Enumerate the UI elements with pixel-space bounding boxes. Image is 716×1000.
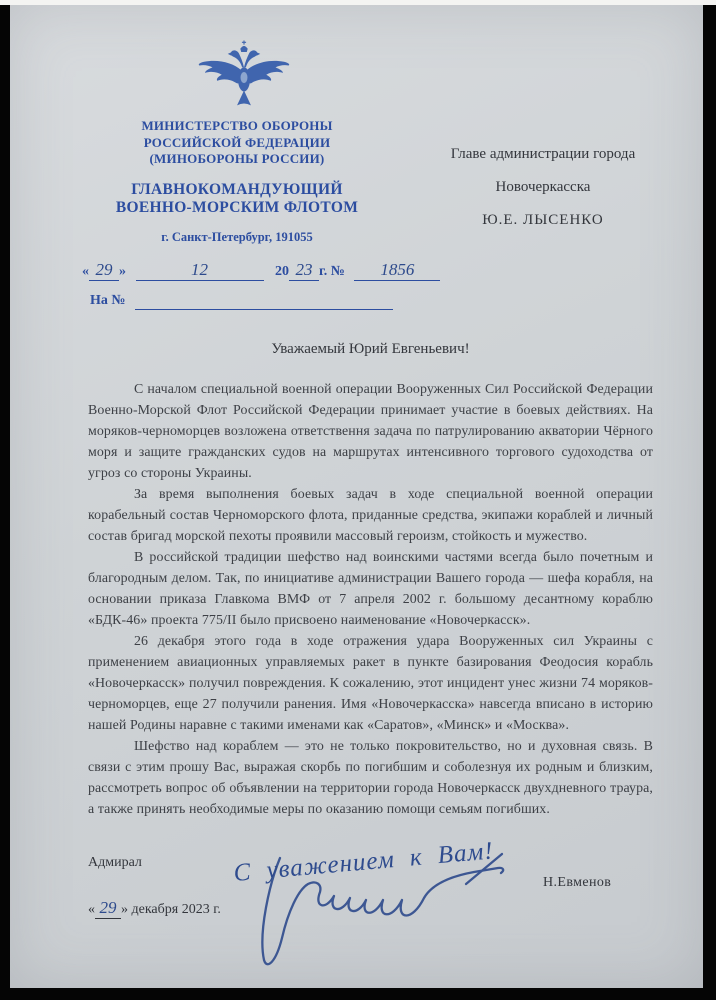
addressee-block: Главе администрации города Новочеркасска… — [423, 138, 663, 237]
reply-line: На № — [90, 293, 393, 310]
signer-name: Н.Евменов — [543, 875, 611, 891]
letter-body: С началом специальной военной операции В… — [88, 379, 653, 820]
city-line: г. Санкт-Петербург, 191055 — [106, 230, 368, 245]
day-handwritten: 29 — [96, 260, 113, 279]
date-day-handwritten: 29 — [100, 898, 117, 917]
signature-date: «29» декабря 2023 г. — [88, 898, 221, 919]
year-prefix: 20 — [275, 264, 289, 279]
ministry-line: МИНИСТЕРСТВО ОБОРОНЫ — [106, 118, 368, 135]
addressee-line: Главе администрации города — [423, 138, 663, 171]
ministry-line: РОССИЙСКОЙ ФЕДЕРАЦИИ — [106, 135, 368, 152]
date-quote-open: « — [88, 902, 95, 917]
date-rest: » декабря 2023 г. — [121, 902, 221, 917]
number-handwritten: 1856 — [380, 260, 414, 279]
ministry-header: МИНИСТЕРСТВО ОБОРОНЫ РОССИЙСКОЙ ФЕДЕРАЦИ… — [106, 118, 368, 168]
body-paragraph: В российской традиции шефство над воинск… — [88, 547, 653, 631]
quote-open: « — [82, 264, 89, 279]
addressee-line: Новочеркасска — [423, 171, 663, 204]
year-suffix: г. № — [319, 264, 345, 279]
mod-double-headed-eagle-emblem-icon — [193, 38, 295, 118]
month-handwritten: 12 — [191, 260, 208, 279]
body-paragraph: Шефство над кораблем — это не только пок… — [88, 736, 653, 820]
letter-paper: МИНИСТЕРСТВО ОБОРОНЫ РОССИЙСКОЙ ФЕДЕРАЦИ… — [10, 5, 703, 988]
signer-rank: Адмирал — [88, 855, 142, 871]
commander-line: ВОЕННО-МОРСКИМ ФЛОТОМ — [96, 199, 378, 217]
commander-title: ГЛАВНОКОМАНДУЮЩИЙ ВОЕННО-МОРСКИМ ФЛОТОМ — [96, 181, 378, 216]
reply-label: На № — [90, 293, 125, 308]
reference-line: «29» 12 2023г. № 1856 — [82, 260, 440, 281]
addressee-name: Ю.Е. ЛЫСЕНКО — [423, 204, 663, 237]
body-paragraph: 26 декабря этого года в ходе отражения у… — [88, 631, 653, 736]
ministry-line: (МИНОБОРОНЫ РОССИИ) — [106, 151, 368, 168]
body-paragraph: С началом специальной военной операции В… — [88, 379, 653, 484]
salutation: Уважаемый Юрий Евгеньевич! — [88, 341, 653, 358]
commander-line: ГЛАВНОКОМАНДУЮЩИЙ — [96, 181, 378, 199]
quote-close: » — [119, 264, 126, 279]
body-paragraph: За время выполнения боевых задач в ходе … — [88, 484, 653, 547]
year-handwritten: 23 — [296, 260, 313, 279]
signature-stroke-icon — [250, 850, 510, 980]
